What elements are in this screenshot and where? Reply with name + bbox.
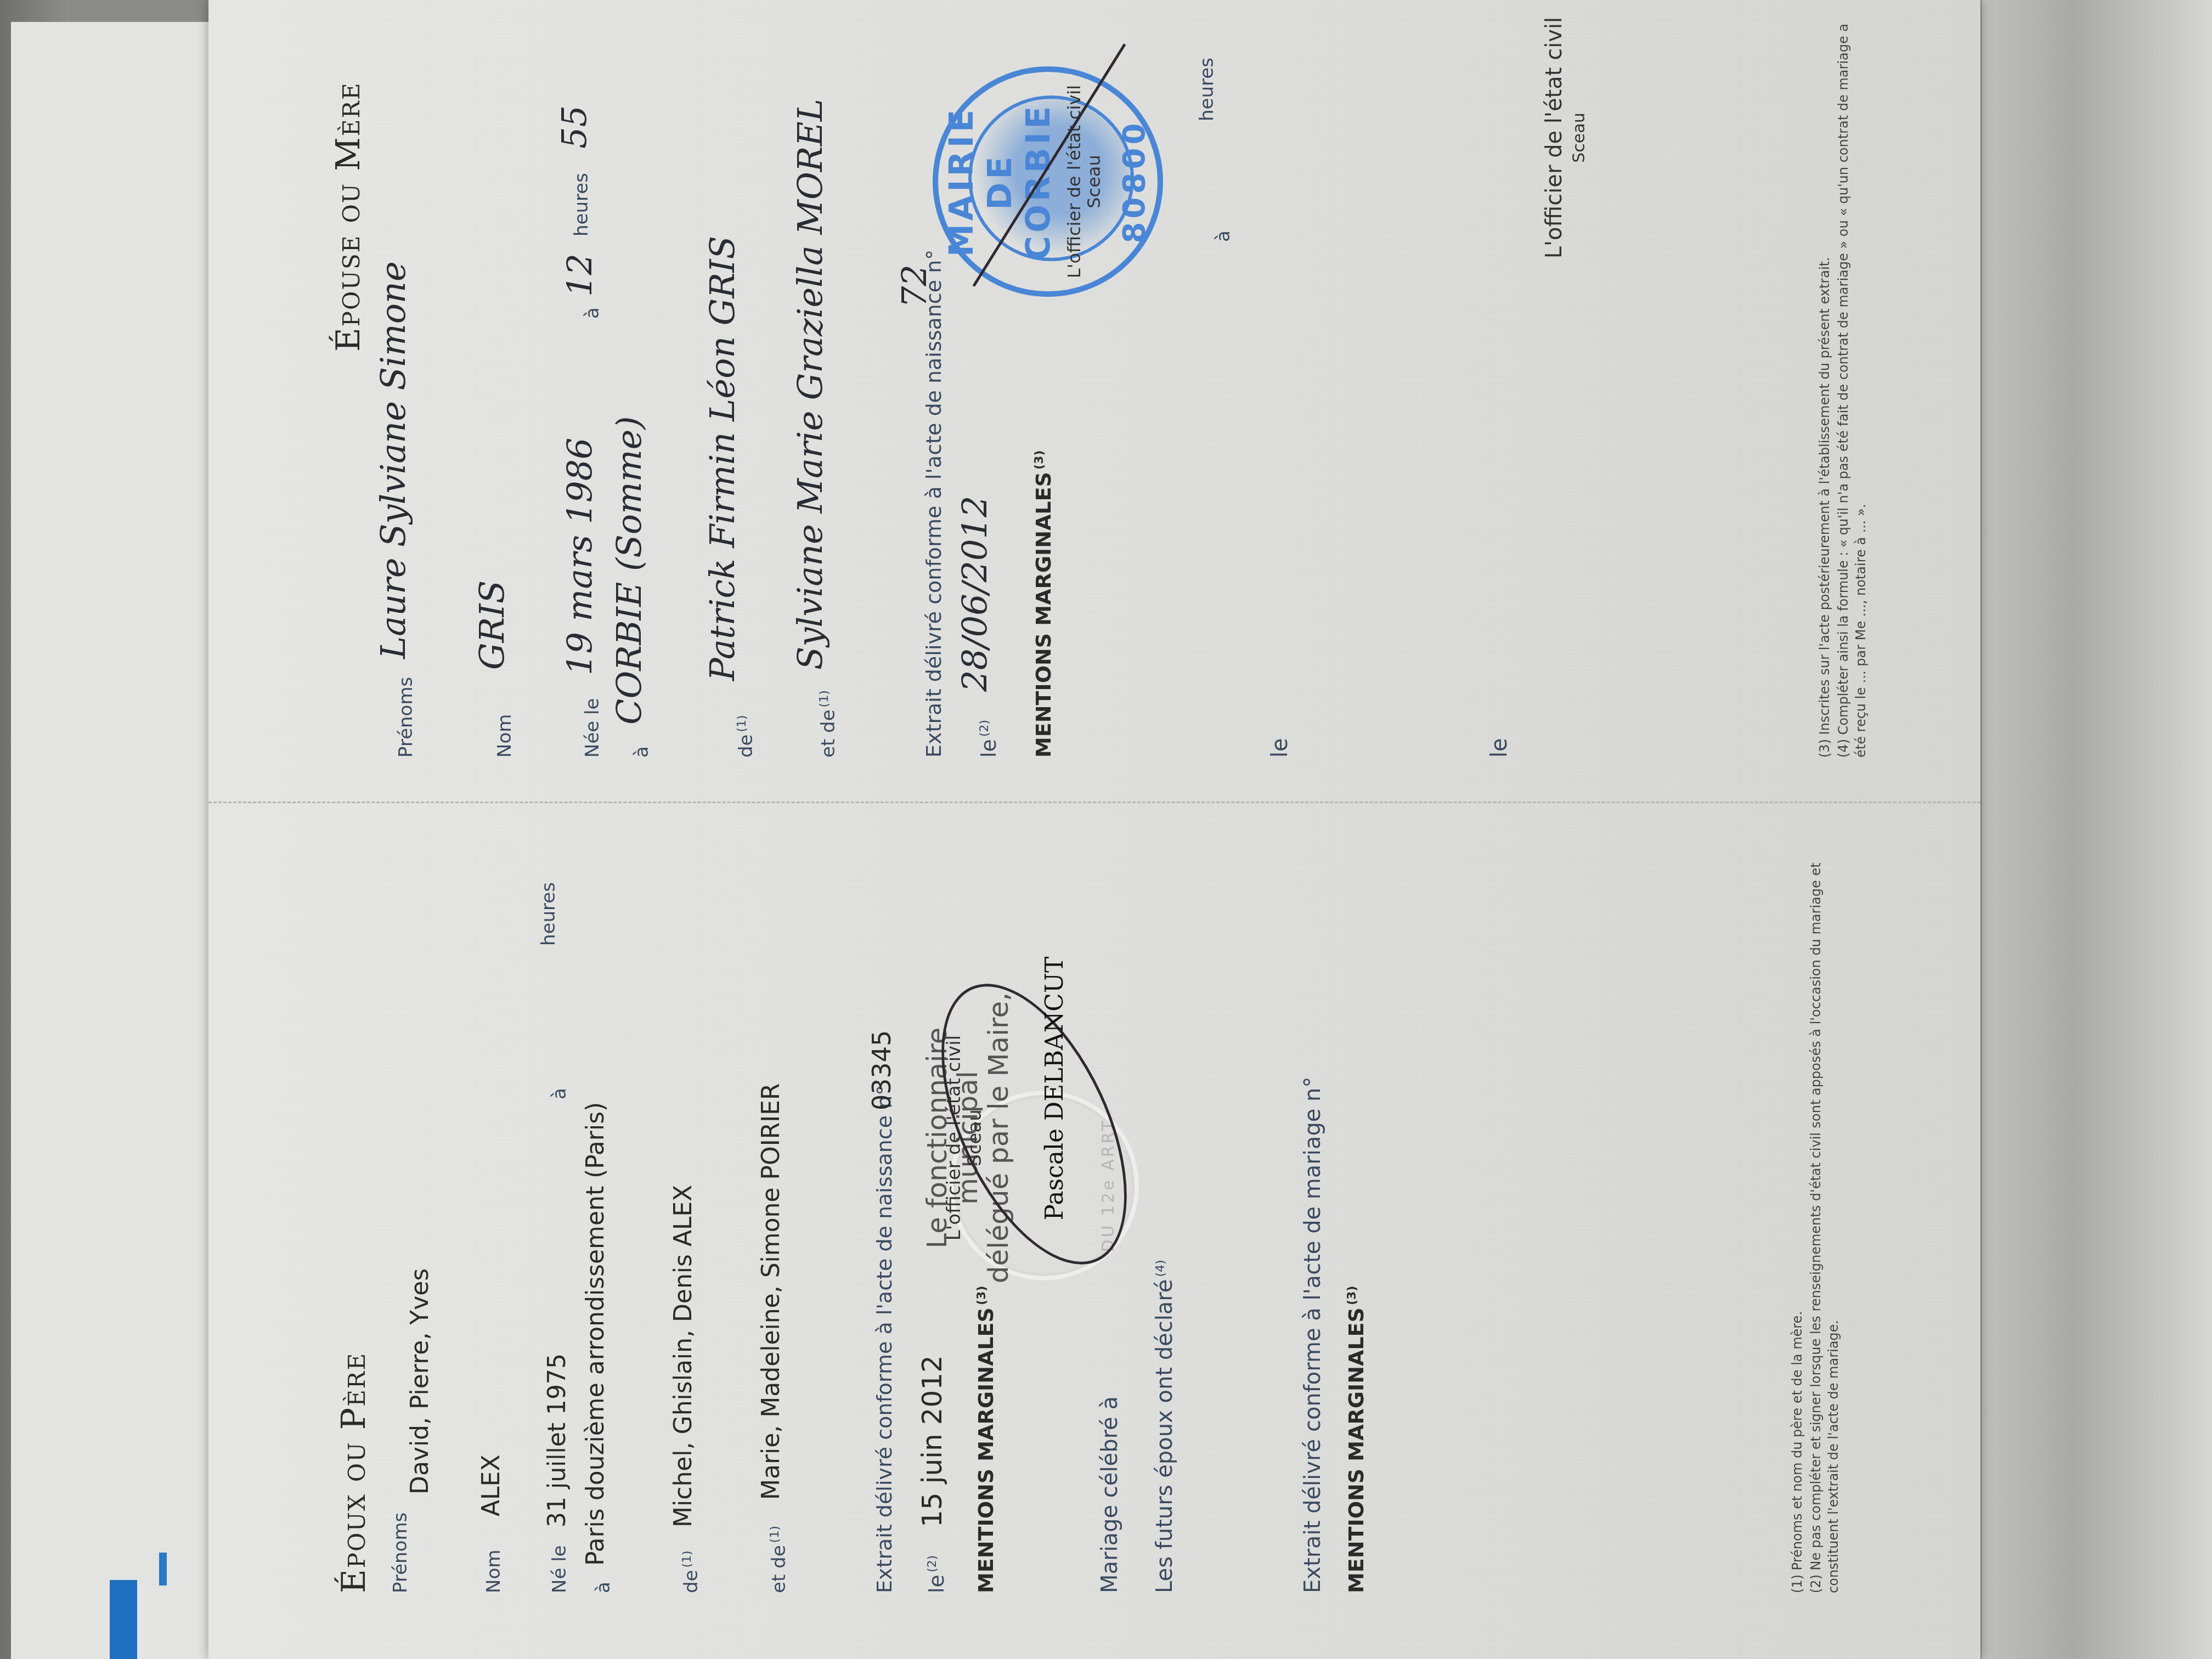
prenoms-label: Prénoms — [390, 1513, 411, 1593]
prenoms-value: David, Pierre, Yves — [406, 1268, 434, 1494]
le-label-f: le(2) — [977, 720, 1001, 758]
le-date-value: 15 juin 2012 — [916, 1355, 948, 1527]
footnote-2: (2) Ne pas compléter et signer lorsque l… — [1807, 853, 1842, 1593]
extrait-naissance-label-f: Extrait délivré conforme à l'acte de nai… — [922, 250, 946, 758]
ne-le-label: Né le — [549, 1545, 571, 1593]
nee-le-label: Née le — [582, 698, 603, 758]
extrait-naissance-number: 03345 — [867, 1030, 896, 1110]
extrait-naissance-label: Extrait délivré conforme à l'acte de nai… — [872, 1085, 896, 1593]
ne-le-value: 31 juillet 1975 — [543, 1353, 571, 1527]
le-label: le(2) — [924, 1555, 949, 1593]
prenoms-label-f: Prénoms — [395, 677, 417, 758]
le2-label: le — [1267, 738, 1293, 758]
mere-value-f: Sylviane Marie Graziella MOREL — [790, 39, 830, 670]
mere-value: Marie, Madeleine, Simone POIRIER — [757, 1083, 785, 1500]
mairie-stamp: MAIRIE DE CORBIE 80800 — [933, 66, 1163, 297]
a-label-f: à — [582, 307, 603, 319]
nee-le-value: 19 mars 1986 — [560, 438, 600, 675]
lieu-value-f: CORBIE (Somme) — [609, 416, 649, 725]
footnote-3: (3) Inscrites sur l'acte postérieurement… — [1816, 17, 1833, 758]
stamp-emblem — [968, 95, 1134, 261]
nom-value-f: GRIS — [472, 580, 512, 670]
a-label: à — [549, 1088, 571, 1099]
heures-label-f: heures — [571, 173, 592, 236]
section-title-epoux: Époux ou Père — [335, 1352, 373, 1593]
heure-value: 12 — [560, 253, 600, 297]
futurs-epoux-label: Les futurs époux ont déclaré(4) — [1152, 1260, 1177, 1593]
heures-label: heures — [538, 882, 560, 946]
lieu-value: Paris douzième arrondissement (Paris) — [582, 1102, 610, 1566]
overlay-heures-label: heures — [1196, 58, 1218, 121]
officer-label-f: L'officier de l'état civil Sceau — [1542, 12, 1592, 264]
nom-label: Nom — [483, 1550, 505, 1593]
le-date-value-f: 28/06/2012 — [955, 496, 995, 692]
et-de-label-f: et de(1) — [817, 690, 839, 758]
lieu-label: à — [592, 1582, 614, 1593]
pere-value: Michel, Ghislain, Denis ALEX — [669, 1185, 697, 1527]
blue-tab-marker — [110, 1580, 137, 1659]
footnote-1: (1) Prénoms et nom du père et de la mère… — [1788, 853, 1806, 1593]
mentions-marginales-heading: MENTIONS MARGINALES(3) — [974, 1286, 998, 1593]
nom-value: ALEX — [477, 1454, 505, 1516]
blue-tab-marker-small — [159, 1553, 167, 1585]
de-label: de(1) — [680, 1550, 702, 1593]
de-label-f: de(1) — [735, 715, 757, 758]
extrait-mariage-label: Extrait délivré conforme à l'acte de mar… — [1300, 1077, 1325, 1593]
et-de-label: et de(1) — [768, 1526, 790, 1593]
extrait-naissance-number-f: 72 — [894, 264, 934, 308]
mentions-marginales-heading-f: MENTIONS MARGINALES(3) — [1031, 450, 1056, 758]
officer-name: Pascale DELBANCUT — [1042, 946, 1068, 1231]
mentions-marginales-heading-2: MENTIONS MARGINALES(3) — [1344, 1286, 1368, 1593]
section-title-epouse: Épouse ou Mère — [329, 82, 368, 352]
prenoms-value-f: Laure Sylviane Simone — [373, 261, 413, 659]
document-sheet: Époux ou Père Prénoms David, Pierre, Yve… — [208, 0, 1980, 1659]
background-surface-right — [1982, 0, 2212, 1659]
minutes-value: 55 — [554, 105, 594, 149]
lieu-label-f: à — [631, 746, 653, 758]
pere-value-f: Patrick Firmin Léon GRIS — [702, 236, 742, 681]
left-page-epoux: Époux ou Père Prénoms David, Pierre, Yve… — [208, 803, 1980, 1659]
overlay-a-label: à — [1212, 230, 1234, 242]
nom-label-f: Nom — [494, 714, 516, 758]
right-page-epouse: Épouse ou Mère Prénoms Laure Sylviane Si… — [208, 0, 1980, 803]
footnote-4: (4) Compléter ainsi la formule : « qu'il… — [1835, 17, 1870, 758]
le3-label: le — [1487, 738, 1512, 758]
mariage-celebre-label: Mariage célébré à — [1097, 1396, 1122, 1593]
